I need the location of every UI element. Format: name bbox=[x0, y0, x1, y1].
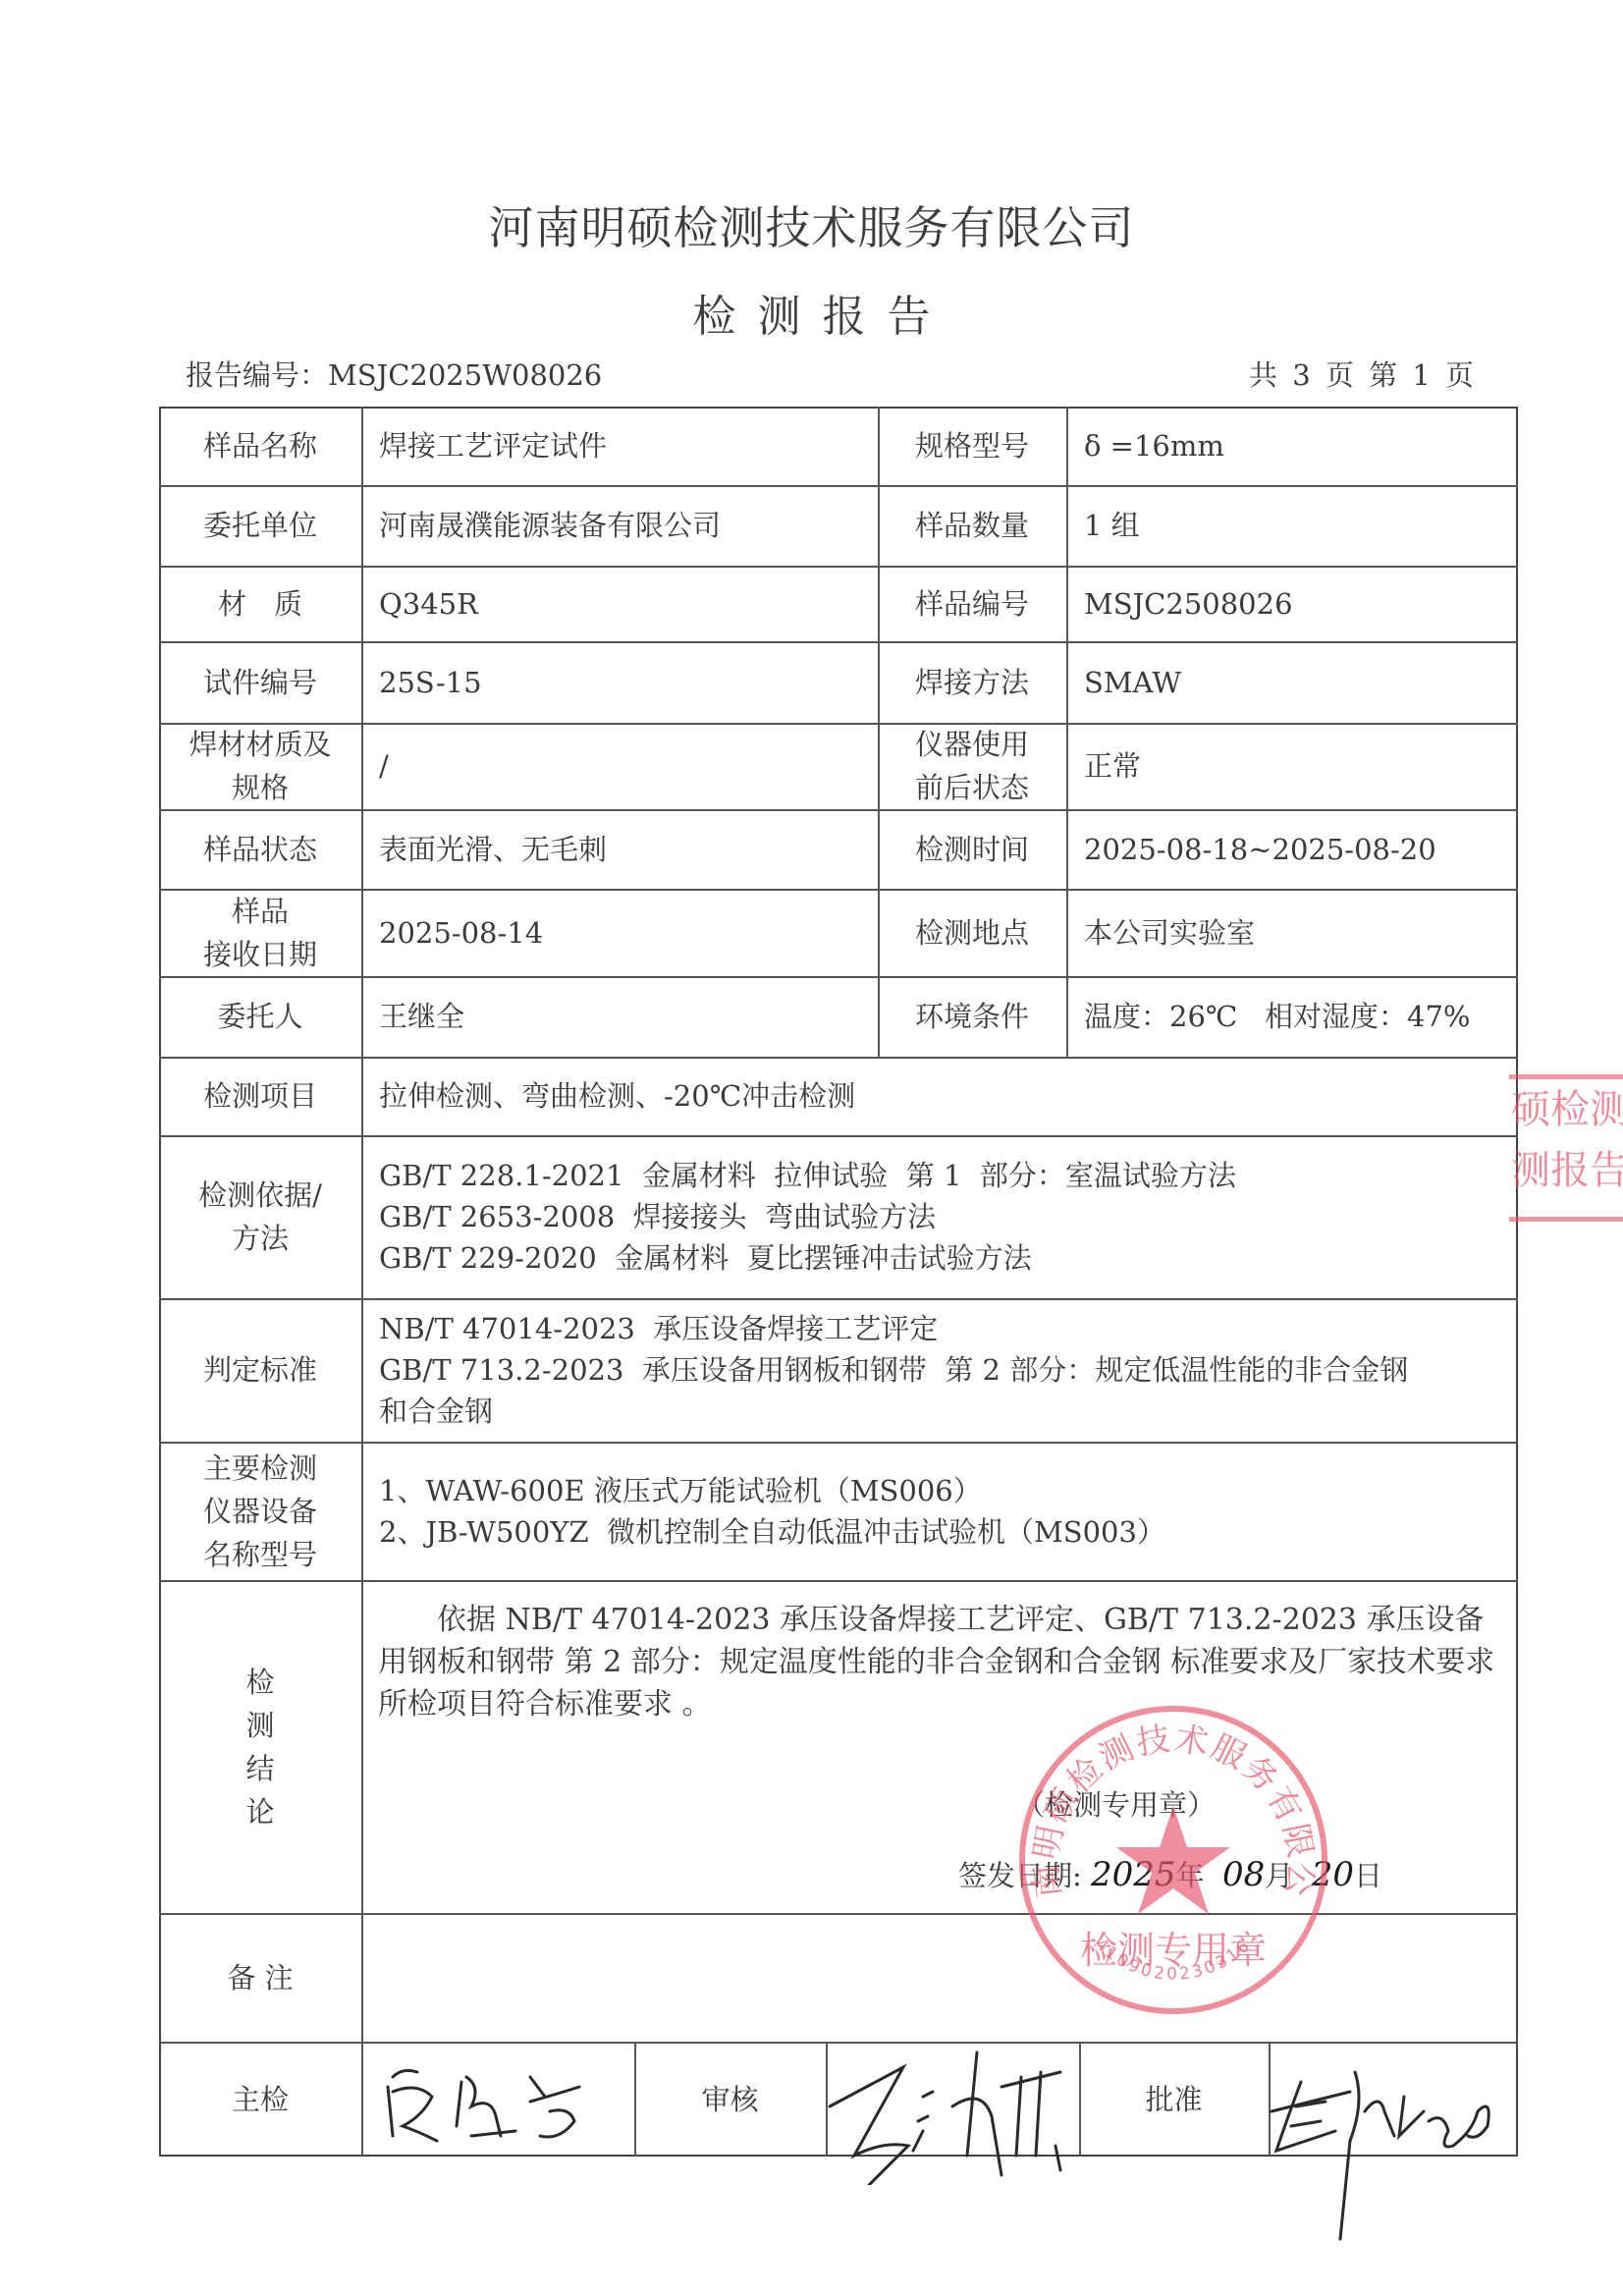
day-unit: 日 bbox=[1354, 1859, 1382, 1892]
value-sample-no: MSJC2508026 bbox=[1066, 566, 1518, 641]
value-client: 河南晟濮能源装备有限公司 bbox=[361, 485, 878, 566]
label-spec: 规格型号 bbox=[878, 407, 1066, 485]
company-title: 河南明硕检测技术服务有限公司 bbox=[0, 192, 1623, 257]
issue-date: 签发日期: 2025年 08月 20日 bbox=[958, 1854, 1382, 1894]
label-remarks: 备 注 bbox=[159, 1913, 361, 2042]
label-sample-state: 样品状态 bbox=[159, 809, 361, 889]
value-sample-name: 焊接工艺评定试件 bbox=[361, 407, 878, 485]
label-instrument-state: 仪器使用 前后状态 bbox=[878, 723, 1066, 809]
label-filler-line2: 规格 bbox=[232, 766, 289, 809]
label-filler: 焊材材质及 规格 bbox=[159, 723, 361, 809]
label-specimen-no: 试件编号 bbox=[159, 641, 361, 723]
column-divider bbox=[1269, 2042, 1271, 2157]
value-remarks bbox=[361, 1913, 1518, 2042]
value-test-basis: GB/T 228.1-2021 金属材料 拉伸试验 第 1 部分：室温试验方法 … bbox=[361, 1135, 1518, 1298]
seal-note: （检测专用章） bbox=[1016, 1783, 1216, 1824]
label-conclusion-char: 结 bbox=[245, 1747, 274, 1790]
label-equipment-line: 主要检测 bbox=[203, 1447, 317, 1490]
edge-stamp-line1: 硕检测 bbox=[1511, 1079, 1623, 1140]
value-sample-state: 表面光滑、无毛刺 bbox=[361, 809, 878, 889]
label-receive-date-line1: 样品 bbox=[232, 890, 289, 933]
value-environment: 温度：26℃ 相对湿度：47% bbox=[1066, 976, 1518, 1057]
label-test-basis: 检测依据/ 方法 bbox=[159, 1135, 361, 1298]
value-test-items: 拉伸检测、弯曲检测、-20℃冲击检测 bbox=[361, 1057, 1518, 1135]
year-unit: 年 bbox=[1176, 1859, 1205, 1892]
label-test-basis-line2: 方法 bbox=[232, 1217, 289, 1260]
issue-month: 08 bbox=[1222, 1855, 1265, 1894]
criteria-line: 和合金钢 bbox=[379, 1391, 493, 1432]
page-info: 共 3 页 第 1 页 bbox=[1249, 354, 1474, 394]
value-equipment: 1、WAW-600E 液压式万能试验机（MS006） 2、JB-W500YZ 微… bbox=[361, 1442, 1518, 1580]
criteria-line: GB/T 713.2-2023 承压设备用钢板和钢带 第 2 部分：规定低温性能… bbox=[379, 1349, 1408, 1391]
value-material: Q345R bbox=[361, 566, 878, 641]
label-approver: 批准 bbox=[1079, 2042, 1269, 2157]
month-unit: 月 bbox=[1265, 1859, 1293, 1892]
test-basis-line: GB/T 228.1-2021 金属材料 拉伸试验 第 1 部分：室温试验方法 bbox=[379, 1155, 1236, 1196]
label-receive-date: 样品 接收日期 bbox=[159, 889, 361, 976]
label-sample-name: 样品名称 bbox=[159, 407, 361, 485]
label-inspector: 主检 bbox=[159, 2042, 361, 2157]
report-number-label: 报告编号： bbox=[186, 358, 328, 392]
label-instrument-state-line1: 仪器使用 bbox=[915, 723, 1029, 766]
value-sample-qty: 1 组 bbox=[1066, 485, 1518, 566]
equipment-line: 1、WAW-600E 液压式万能试验机（MS006） bbox=[379, 1470, 982, 1511]
value-test-site: 本公司实验室 bbox=[1066, 889, 1518, 976]
report-title: 检测报告 bbox=[0, 281, 1623, 344]
label-equipment: 主要检测 仪器设备 名称型号 bbox=[159, 1442, 361, 1580]
label-equipment-line: 名称型号 bbox=[203, 1533, 317, 1576]
report-number: 报告编号：MSJC2025W08026 bbox=[186, 354, 602, 394]
label-equipment-line: 仪器设备 bbox=[203, 1490, 317, 1533]
column-divider bbox=[826, 2042, 828, 2157]
criteria-line: NB/T 47014-2023 承压设备焊接工艺评定 bbox=[379, 1308, 938, 1349]
label-criteria: 判定标准 bbox=[159, 1298, 361, 1442]
issue-year: 2025 bbox=[1091, 1855, 1176, 1894]
test-basis-line: GB/T 2653-2008 焊接接头 弯曲试验方法 bbox=[379, 1196, 936, 1237]
issue-day: 20 bbox=[1312, 1855, 1354, 1894]
label-conclusion-char: 检 bbox=[245, 1661, 274, 1704]
label-sample-qty: 样品数量 bbox=[878, 485, 1066, 566]
label-environment: 环境条件 bbox=[878, 976, 1066, 1057]
value-instrument-state: 正常 bbox=[1066, 723, 1518, 809]
value-spec: δ =16mm bbox=[1066, 407, 1518, 485]
label-reviewer: 审核 bbox=[634, 2042, 826, 2157]
value-filler: / bbox=[361, 723, 878, 809]
label-consignor: 委托人 bbox=[159, 976, 361, 1057]
edge-stamp-line2: 测报告 bbox=[1511, 1140, 1623, 1201]
value-test-time: 2025-08-18~2025-08-20 bbox=[1066, 809, 1518, 889]
label-weld-method: 焊接方法 bbox=[878, 641, 1066, 723]
label-test-site: 检测地点 bbox=[878, 889, 1066, 976]
test-basis-line: GB/T 229-2020 金属材料 夏比摆锤冲击试验方法 bbox=[379, 1237, 1032, 1279]
label-instrument-state-line2: 前后状态 bbox=[915, 766, 1029, 809]
report-number-value: MSJC2025W08026 bbox=[328, 358, 602, 392]
label-receive-date-line2: 接收日期 bbox=[203, 933, 317, 976]
label-filler-line1: 焊材材质及 bbox=[189, 723, 331, 766]
label-test-items: 检测项目 bbox=[159, 1057, 361, 1135]
label-test-basis-line1: 检测依据/ bbox=[198, 1174, 322, 1217]
edge-stamp: 硕检测 测报告 bbox=[1509, 1074, 1623, 1222]
value-criteria: NB/T 47014-2023 承压设备焊接工艺评定 GB/T 713.2-20… bbox=[361, 1298, 1518, 1442]
label-material: 材质 bbox=[159, 566, 361, 641]
value-weld-method: SMAW bbox=[1066, 641, 1518, 723]
label-conclusion-char: 测 bbox=[245, 1704, 274, 1747]
conclusion-text: 依据 NB/T 47014-2023 承压设备焊接工艺评定、GB/T 713.2… bbox=[378, 1599, 1507, 1725]
label-client: 委托单位 bbox=[159, 485, 361, 566]
value-receive-date: 2025-08-14 bbox=[361, 889, 878, 976]
label-test-time: 检测时间 bbox=[878, 809, 1066, 889]
label-sample-no: 样品编号 bbox=[878, 566, 1066, 641]
label-conclusion: 检 测 结 论 bbox=[159, 1580, 361, 1913]
equipment-line: 2、JB-W500YZ 微机控制全自动低温冲击试验机（MS003） bbox=[379, 1511, 1165, 1553]
issue-date-label: 签发日期: bbox=[958, 1859, 1082, 1892]
label-conclusion-char: 论 bbox=[245, 1790, 274, 1833]
value-consignor: 王继全 bbox=[361, 976, 878, 1057]
value-specimen-no: 25S-15 bbox=[361, 641, 878, 723]
